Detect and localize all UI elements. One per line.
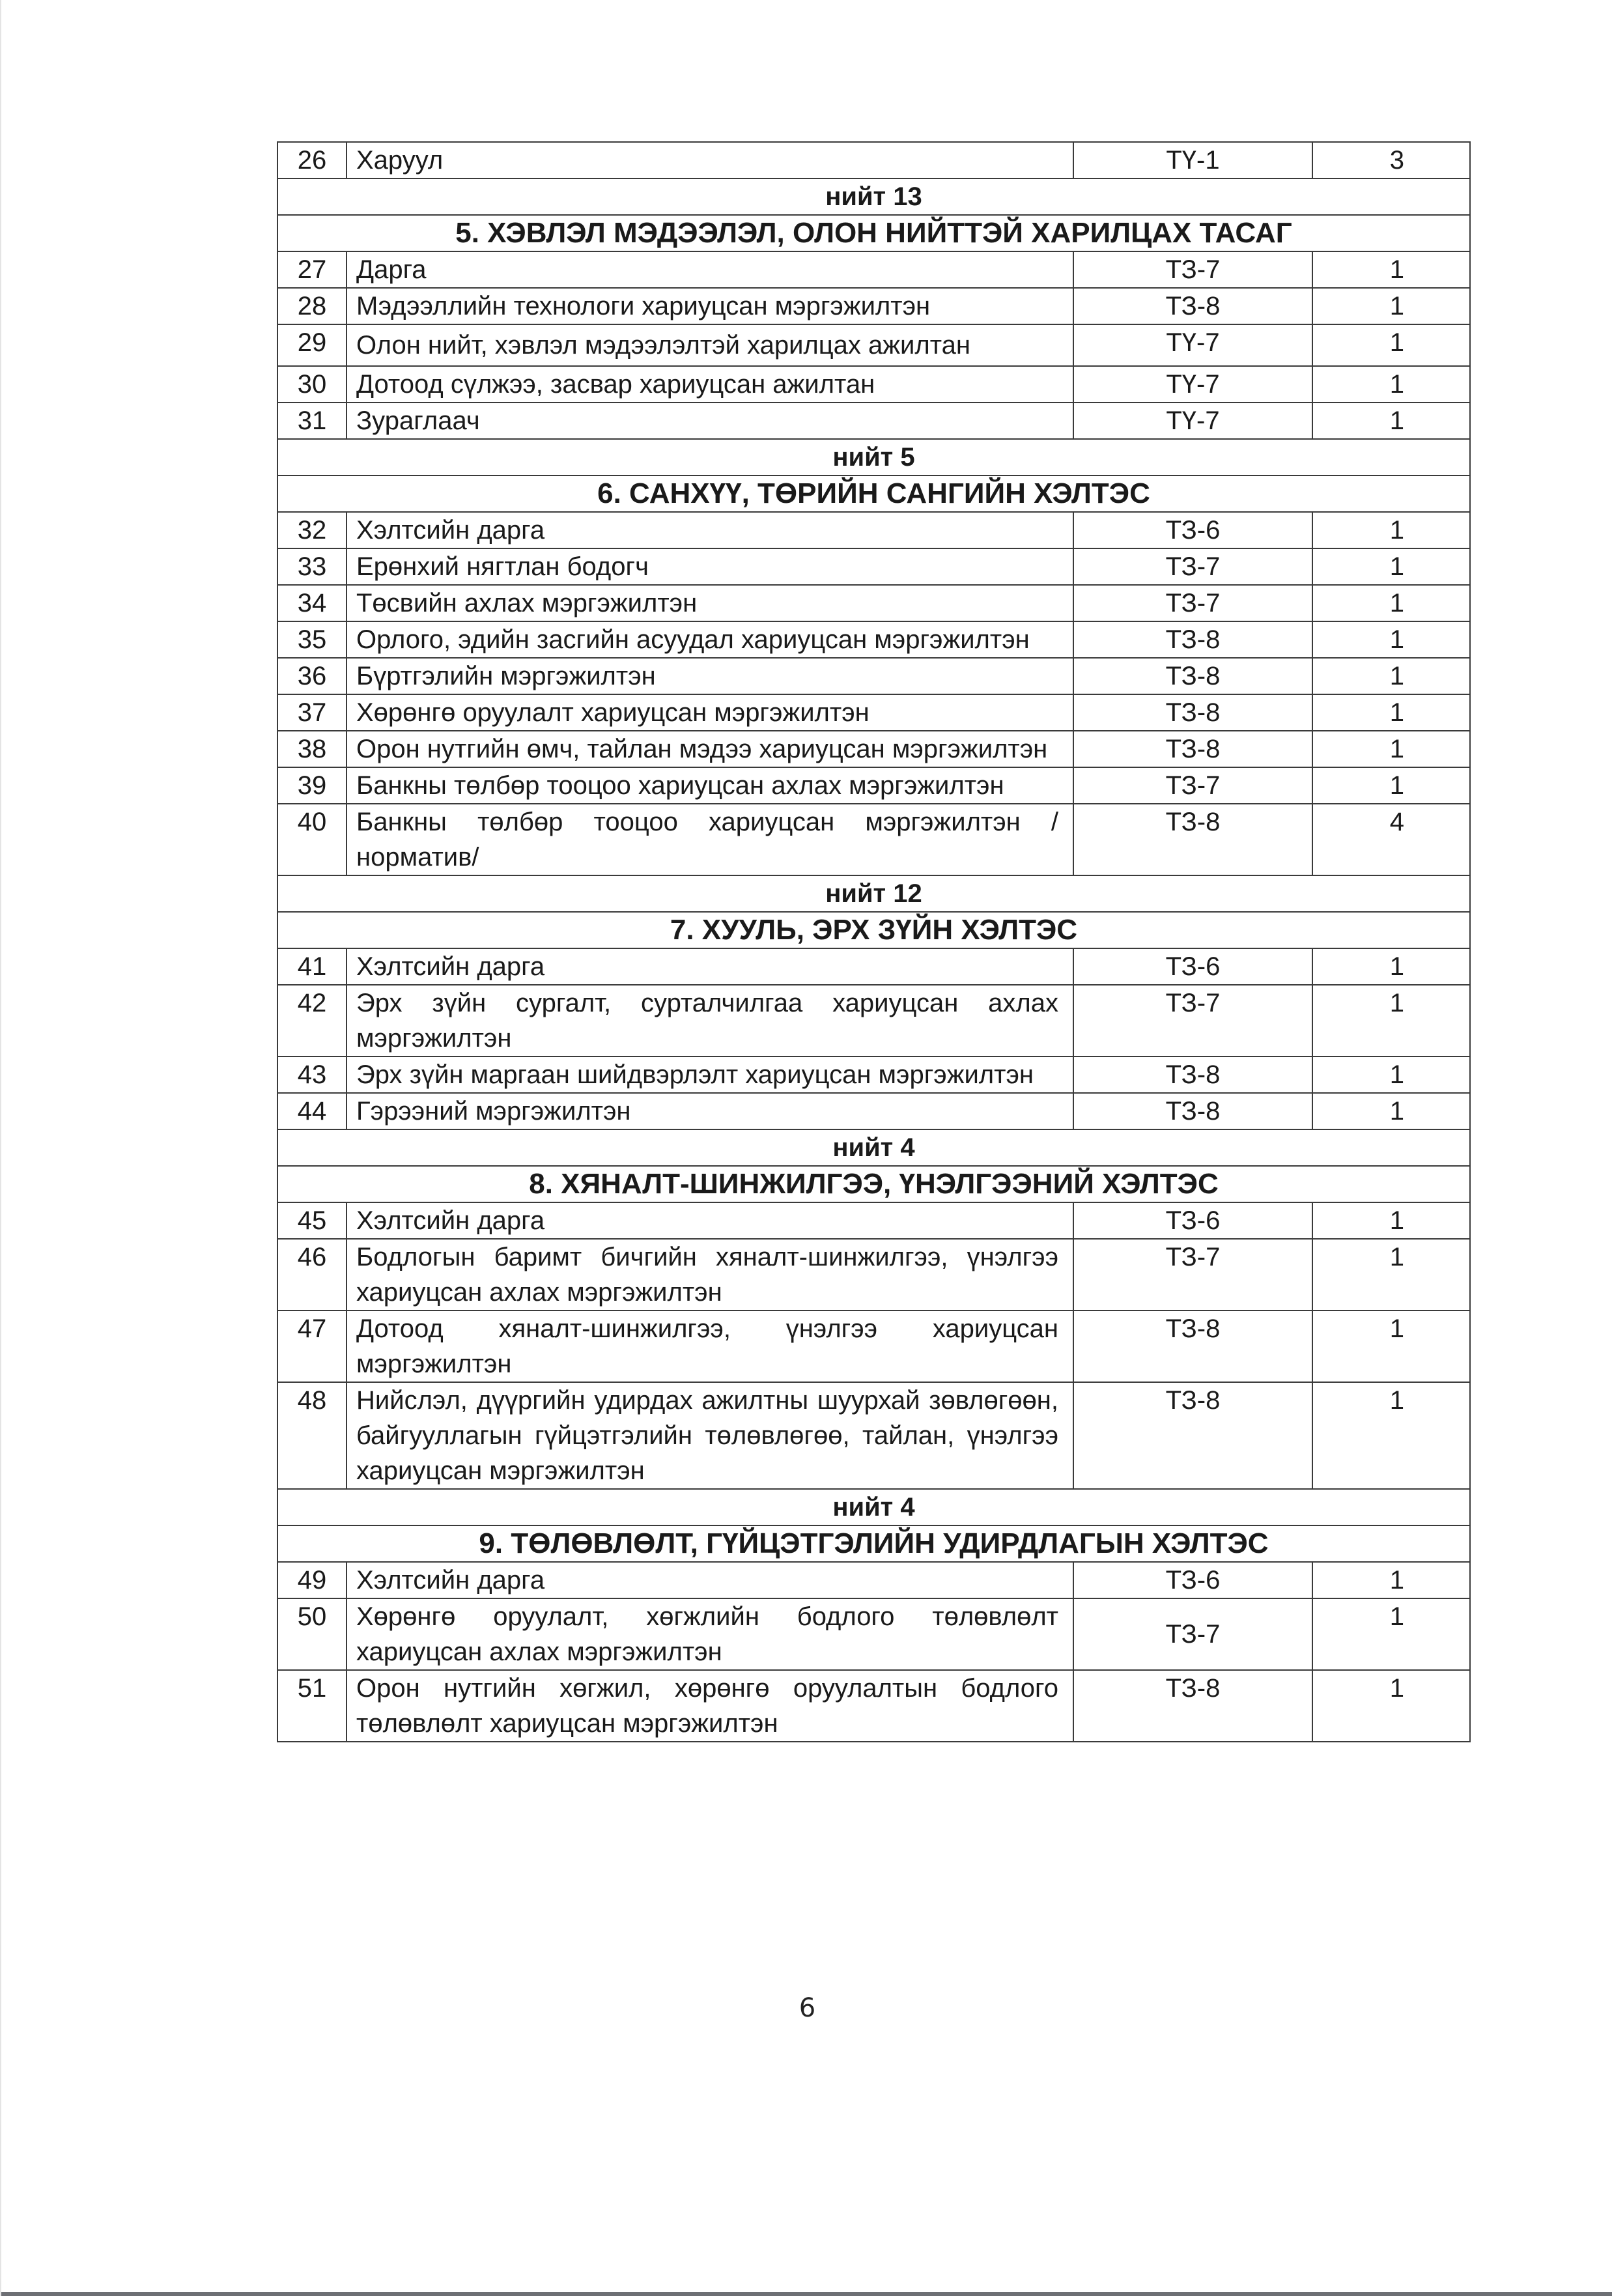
table-row: 49Хэлтсийн даргаТЗ-61 (277, 1562, 1470, 1598)
position-grade-code: ТЗ-7 (1073, 548, 1312, 585)
position-grade-code: ТҮ-1 (1073, 142, 1312, 178)
position-count: 1 (1312, 1311, 1470, 1382)
position-grade-code: ТЗ-8 (1073, 694, 1312, 731)
position-grade-code: ТЗ-8 (1073, 1311, 1312, 1382)
subtotal-row: нийт 12 (277, 875, 1470, 912)
section-header-row: 7. ХУУЛЬ, ЭРХ ЗҮЙН ХЭЛТЭС (277, 912, 1470, 948)
position-grade-code: ТЗ-7 (1073, 251, 1312, 288)
position-title: Нийслэл, дүүргийн удирдах ажилтны шуурха… (346, 1382, 1073, 1489)
position-grade-code: ТЗ-6 (1073, 1562, 1312, 1598)
table-row: 38Орон нутгийн өмч, тайлан мэдээ хариуцс… (277, 731, 1470, 767)
row-number: 50 (277, 1598, 346, 1670)
position-count: 1 (1312, 948, 1470, 985)
position-title: Дарга (346, 251, 1073, 288)
row-number: 41 (277, 948, 346, 985)
position-grade-code: ТЗ-6 (1073, 512, 1312, 548)
row-number: 45 (277, 1202, 346, 1239)
row-number: 42 (277, 985, 346, 1056)
row-number: 32 (277, 512, 346, 548)
table-row: 26ХаруулТҮ-13 (277, 142, 1470, 178)
section-header-row: 9. ТӨЛӨВЛӨЛТ, ГҮЙЦЭТГЭЛИЙН УДИРДЛАГЫН ХЭ… (277, 1525, 1470, 1562)
position-grade-code: ТҮ-7 (1073, 366, 1312, 403)
position-title: Банкны төлбөр тооцоо хариуцсан мэргэжилт… (346, 804, 1073, 875)
row-number: 30 (277, 366, 346, 403)
section-title: 6. САНХҮҮ, ТӨРИЙН САНГИЙН ХЭЛТЭС (277, 475, 1470, 512)
position-grade-code: ТЗ-8 (1073, 1670, 1312, 1742)
row-number: 38 (277, 731, 346, 767)
table-row: 27ДаргаТЗ-71 (277, 251, 1470, 288)
row-number: 35 (277, 621, 346, 658)
table-row: 36Бүртгэлийн мэргэжилтэнТЗ-81 (277, 658, 1470, 694)
position-grade-code: ТЗ-8 (1073, 1056, 1312, 1093)
table-row: 37Хөрөнгө оруулалт хариуцсан мэргэжилтэн… (277, 694, 1470, 731)
table-row: 39Банкны төлбөр тооцоо хариуцсан ахлах м… (277, 767, 1470, 804)
position-count: 1 (1312, 731, 1470, 767)
position-title: Мэдээллийн технологи хариуцсан мэргэжилт… (346, 288, 1073, 324)
row-number: 43 (277, 1056, 346, 1093)
table-row: 33Ерөнхий нягтлан бодогчТЗ-71 (277, 548, 1470, 585)
position-grade-code: ТЗ-8 (1073, 1382, 1312, 1489)
position-count: 3 (1312, 142, 1470, 178)
row-number: 51 (277, 1670, 346, 1742)
table-row: 35Орлого, эдийн засгийн асуудал хариуцса… (277, 621, 1470, 658)
section-title: 5. ХЭВЛЭЛ МЭДЭЭЛЭЛ, ОЛОН НИЙТТЭЙ ХАРИЛЦА… (277, 215, 1470, 251)
position-title: Орон нутгийн өмч, тайлан мэдээ хариуцсан… (346, 731, 1073, 767)
table-row: 31ЗураглаачТҮ-71 (277, 403, 1470, 439)
position-count: 1 (1312, 1202, 1470, 1239)
table-row: 43Эрх зүйн маргаан шийдвэрлэлт хариуцсан… (277, 1056, 1470, 1093)
position-count: 1 (1312, 585, 1470, 621)
position-count: 1 (1312, 1670, 1470, 1742)
position-grade-code: ТЗ-7 (1073, 1239, 1312, 1311)
position-grade-code: ТЗ-7 (1073, 585, 1312, 621)
subtotal-label: нийт 4 (277, 1489, 1470, 1525)
position-count: 1 (1312, 694, 1470, 731)
position-count: 1 (1312, 767, 1470, 804)
position-count: 1 (1312, 621, 1470, 658)
row-number: 44 (277, 1093, 346, 1129)
position-title: Бүртгэлийн мэргэжилтэн (346, 658, 1073, 694)
position-title: Банкны төлбөр тооцоо хариуцсан ахлах мэр… (346, 767, 1073, 804)
subtotal-row: нийт 4 (277, 1129, 1470, 1166)
position-grade-code: ТЗ-6 (1073, 1202, 1312, 1239)
position-grade-code: ТЗ-7 (1073, 1598, 1312, 1670)
position-count: 1 (1312, 1382, 1470, 1489)
position-title: Хэлтсийн дарга (346, 1202, 1073, 1239)
position-count: 1 (1312, 658, 1470, 694)
position-count: 1 (1312, 1056, 1470, 1093)
position-count: 1 (1312, 985, 1470, 1056)
position-title: Харуул (346, 142, 1073, 178)
position-grade-code: ТЗ-8 (1073, 1093, 1312, 1129)
position-title: Төсвийн ахлах мэргэжилтэн (346, 585, 1073, 621)
table-row: 28Мэдээллийн технологи хариуцсан мэргэжи… (277, 288, 1470, 324)
position-count: 1 (1312, 403, 1470, 439)
row-number: 27 (277, 251, 346, 288)
table-row: 51Орон нутгийн хөгжил, хөрөнгө оруулалты… (277, 1670, 1470, 1742)
position-title: Ерөнхий нягтлан бодогч (346, 548, 1073, 585)
position-count: 1 (1312, 1562, 1470, 1598)
position-count: 1 (1312, 1239, 1470, 1311)
position-count: 1 (1312, 1093, 1470, 1129)
row-number: 34 (277, 585, 346, 621)
section-title: 8. ХЯНАЛТ-ШИНЖИЛГЭЭ, ҮНЭЛГЭЭНИЙ ХЭЛТЭС (277, 1166, 1470, 1202)
position-title: Хөрөнгө оруулалт, хөгжлийн бодлого төлөв… (346, 1598, 1073, 1670)
document-page: 26ХаруулТҮ-13нийт 135. ХЭВЛЭЛ МЭДЭЭЛЭЛ, … (0, 0, 1612, 2296)
table-row: 41Хэлтсийн даргаТЗ-61 (277, 948, 1470, 985)
position-title: Олон нийт, хэвлэл мэдээлэлтэй харилцах а… (346, 324, 1073, 366)
row-number: 40 (277, 804, 346, 875)
row-number: 28 (277, 288, 346, 324)
position-count: 1 (1312, 548, 1470, 585)
table-row: 34Төсвийн ахлах мэргэжилтэнТЗ-71 (277, 585, 1470, 621)
position-title: Дотоод хяналт-шинжилгээ, үнэлгээ хариуцс… (346, 1311, 1073, 1382)
position-count: 1 (1312, 366, 1470, 403)
position-grade-code: ТЗ-8 (1073, 621, 1312, 658)
position-count: 1 (1312, 512, 1470, 548)
staff-positions-table: 26ХаруулТҮ-13нийт 135. ХЭВЛЭЛ МЭДЭЭЛЭЛ, … (277, 141, 1471, 1742)
position-grade-code: ТЗ-8 (1073, 804, 1312, 875)
position-title: Хэлтсийн дарга (346, 512, 1073, 548)
position-grade-code: ТЗ-7 (1073, 985, 1312, 1056)
row-number: 48 (277, 1382, 346, 1489)
position-title: Зураглаач (346, 403, 1073, 439)
row-number: 49 (277, 1562, 346, 1598)
subtotal-label: нийт 5 (277, 439, 1470, 475)
position-title: Хөрөнгө оруулалт хариуцсан мэргэжилтэн (346, 694, 1073, 731)
position-title: Дотоод сүлжээ, засвар хариуцсан ажилтан (346, 366, 1073, 403)
subtotal-label: нийт 12 (277, 875, 1470, 912)
subtotal-label: нийт 13 (277, 178, 1470, 215)
position-grade-code: ТЗ-8 (1073, 288, 1312, 324)
table-row: 48Нийслэл, дүүргийн удирдах ажилтны шуур… (277, 1382, 1470, 1489)
position-title: Хэлтсийн дарга (346, 948, 1073, 985)
row-number: 26 (277, 142, 346, 178)
position-count: 1 (1312, 1598, 1470, 1670)
table-row: 50Хөрөнгө оруулалт, хөгжлийн бодлого төл… (277, 1598, 1470, 1670)
section-header-row: 6. САНХҮҮ, ТӨРИЙН САНГИЙН ХЭЛТЭС (277, 475, 1470, 512)
position-count: 4 (1312, 804, 1470, 875)
position-grade-code: ТЗ-7 (1073, 767, 1312, 804)
table-row: 30Дотоод сүлжээ, засвар хариуцсан ажилта… (277, 366, 1470, 403)
position-title: Орлого, эдийн засгийн асуудал хариуцсан … (346, 621, 1073, 658)
section-title: 7. ХУУЛЬ, ЭРХ ЗҮЙН ХЭЛТЭС (277, 912, 1470, 948)
position-title: Бодлогын баримт бичгийн хяналт-шинжилгээ… (346, 1239, 1073, 1311)
subtotal-row: нийт 4 (277, 1489, 1470, 1525)
table-row: 46Бодлогын баримт бичгийн хяналт-шинжилг… (277, 1239, 1470, 1311)
position-grade-code: ТҮ-7 (1073, 324, 1312, 366)
scan-bottom-edge (1, 2292, 1612, 2296)
position-grade-code: ТЗ-6 (1073, 948, 1312, 985)
section-title: 9. ТӨЛӨВЛӨЛТ, ГҮЙЦЭТГЭЛИЙН УДИРДЛАГЫН ХЭ… (277, 1525, 1470, 1562)
subtotal-row: нийт 5 (277, 439, 1470, 475)
position-title: Орон нутгийн хөгжил, хөрөнгө оруулалтын … (346, 1670, 1073, 1742)
position-count: 1 (1312, 288, 1470, 324)
position-title: Эрх зүйн сургалт, сурталчилгаа хариуцсан… (346, 985, 1073, 1056)
subtotal-label: нийт 4 (277, 1129, 1470, 1166)
row-number: 37 (277, 694, 346, 731)
page-number: 6 (1, 1993, 1612, 2023)
row-number: 47 (277, 1311, 346, 1382)
position-title: Хэлтсийн дарга (346, 1562, 1073, 1598)
position-title: Гэрээний мэргэжилтэн (346, 1093, 1073, 1129)
table-body: 26ХаруулТҮ-13нийт 135. ХЭВЛЭЛ МЭДЭЭЛЭЛ, … (277, 142, 1470, 1742)
position-count: 1 (1312, 324, 1470, 366)
row-number: 46 (277, 1239, 346, 1311)
table-row: 40Банкны төлбөр тооцоо хариуцсан мэргэжи… (277, 804, 1470, 875)
row-number: 31 (277, 403, 346, 439)
table-row: 29Олон нийт, хэвлэл мэдээлэлтэй харилцах… (277, 324, 1470, 366)
position-title: Эрх зүйн маргаан шийдвэрлэлт хариуцсан м… (346, 1056, 1073, 1093)
position-grade-code: ТЗ-8 (1073, 731, 1312, 767)
table-row: 32Хэлтсийн даргаТЗ-61 (277, 512, 1470, 548)
position-grade-code: ТЗ-8 (1073, 658, 1312, 694)
row-number: 39 (277, 767, 346, 804)
position-count: 1 (1312, 251, 1470, 288)
section-header-row: 5. ХЭВЛЭЛ МЭДЭЭЛЭЛ, ОЛОН НИЙТТЭЙ ХАРИЛЦА… (277, 215, 1470, 251)
subtotal-row: нийт 13 (277, 178, 1470, 215)
row-number: 33 (277, 548, 346, 585)
row-number: 29 (277, 324, 346, 366)
section-header-row: 8. ХЯНАЛТ-ШИНЖИЛГЭЭ, ҮНЭЛГЭЭНИЙ ХЭЛТЭС (277, 1166, 1470, 1202)
table-row: 45Хэлтсийн даргаТЗ-61 (277, 1202, 1470, 1239)
row-number: 36 (277, 658, 346, 694)
position-grade-code: ТҮ-7 (1073, 403, 1312, 439)
table-row: 44Гэрээний мэргэжилтэнТЗ-81 (277, 1093, 1470, 1129)
table-row: 47Дотоод хяналт-шинжилгээ, үнэлгээ хариу… (277, 1311, 1470, 1382)
table-row: 42Эрх зүйн сургалт, сурталчилгаа хариуцс… (277, 985, 1470, 1056)
